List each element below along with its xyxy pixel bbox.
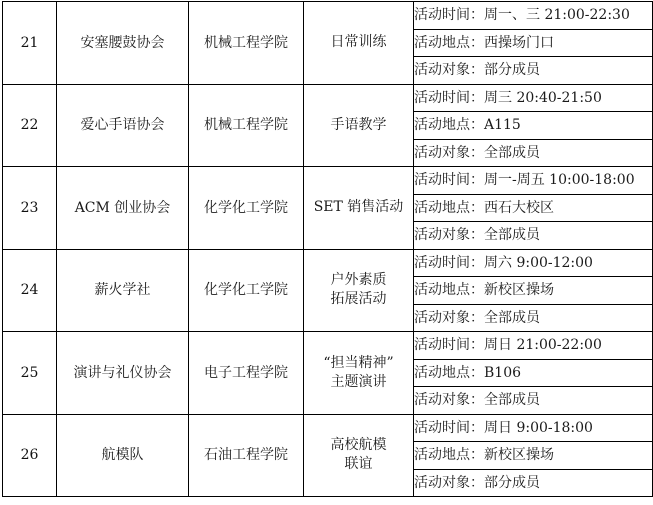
activity-time: 活动时间：周六 9:00-12:00: [414, 249, 653, 277]
activity-location: 活动地点：B106: [414, 359, 653, 387]
table-row: 25 演讲与礼仪协会 电子工程学院 “担当精神” 主题演讲 活动时间：周日 21…: [3, 332, 653, 360]
activity-location: 活动地点：新校区操场: [414, 277, 653, 305]
table-row: 24 薪火学社 化学化工学院 户外素质 拓展活动 活动时间：周六 9:00-12…: [3, 249, 653, 277]
activity-name: 高校航模 联谊: [304, 414, 414, 497]
activity-name-line: SET 销售活动: [304, 198, 413, 217]
row-number: 25: [3, 332, 57, 415]
table-row: 22 爱心手语协会 机械工程学院 手语教学 活动时间：周三 20:40-21:5…: [3, 84, 653, 112]
activity-audience: 活动对象：全部成员: [414, 304, 653, 332]
club-name: 爱心手语协会: [57, 84, 189, 167]
activity-name-line: “担当精神”: [304, 354, 413, 373]
activity-location: 活动地点：西操场门口: [414, 29, 653, 57]
activity-name: 手语教学: [304, 84, 414, 167]
college-name: 石油工程学院: [189, 414, 304, 497]
activity-time: 活动时间：周一、三 21:00-22:30: [414, 2, 653, 30]
activity-name-line: 联谊: [304, 455, 413, 474]
activity-location: 活动地点：西石大校区: [414, 194, 653, 222]
activity-audience: 活动对象：部分成员: [414, 469, 653, 497]
activity-time: 活动时间：周日 21:00-22:00: [414, 332, 653, 360]
row-number: 26: [3, 414, 57, 497]
activity-location: 活动地点：新校区操场: [414, 442, 653, 470]
row-number: 22: [3, 84, 57, 167]
college-name: 机械工程学院: [189, 2, 304, 85]
club-name: 航模队: [57, 414, 189, 497]
activity-audience: 活动对象：部分成员: [414, 57, 653, 85]
activity-name-line: 高校航模: [304, 436, 413, 455]
activity-name: 日常训练: [304, 2, 414, 85]
row-number: 23: [3, 167, 57, 250]
activity-name-line: 拓展活动: [304, 290, 413, 309]
college-name: 化学化工学院: [189, 249, 304, 332]
club-name: ACM 创业协会: [57, 167, 189, 250]
activity-audience: 活动对象：全部成员: [414, 387, 653, 415]
activity-name: 户外素质 拓展活动: [304, 249, 414, 332]
club-name: 薪火学社: [57, 249, 189, 332]
club-name: 安塞腰鼓协会: [57, 2, 189, 85]
activity-name-line: 户外素质: [304, 271, 413, 290]
activity-time: 活动时间：周一-周五 10:00-18:00: [414, 167, 653, 195]
activity-audience: 活动对象：全部成员: [414, 139, 653, 167]
activity-time: 活动时间：周日 9:00-18:00: [414, 414, 653, 442]
row-number: 24: [3, 249, 57, 332]
activity-time: 活动时间：周三 20:40-21:50: [414, 84, 653, 112]
activity-name: SET 销售活动: [304, 167, 414, 250]
club-name: 演讲与礼仪协会: [57, 332, 189, 415]
activity-name-line: 手语教学: [304, 116, 413, 135]
table-row: 26 航模队 石油工程学院 高校航模 联谊 活动时间：周日 9:00-18:00: [3, 414, 653, 442]
table-row: 21 安塞腰鼓协会 机械工程学院 日常训练 活动时间：周一、三 21:00-22…: [3, 2, 653, 30]
activity-location: 活动地点：A115: [414, 112, 653, 140]
activity-name-line: 主题演讲: [304, 373, 413, 392]
activity-name: “担当精神” 主题演讲: [304, 332, 414, 415]
college-name: 机械工程学院: [189, 84, 304, 167]
college-name: 电子工程学院: [189, 332, 304, 415]
club-activity-table: 21 安塞腰鼓协会 机械工程学院 日常训练 活动时间：周一、三 21:00-22…: [2, 1, 653, 497]
table-row: 23 ACM 创业协会 化学化工学院 SET 销售活动 活动时间：周一-周五 1…: [3, 167, 653, 195]
row-number: 21: [3, 2, 57, 85]
college-name: 化学化工学院: [189, 167, 304, 250]
activity-name-line: 日常训练: [304, 33, 413, 52]
activity-audience: 活动对象：全部成员: [414, 222, 653, 250]
